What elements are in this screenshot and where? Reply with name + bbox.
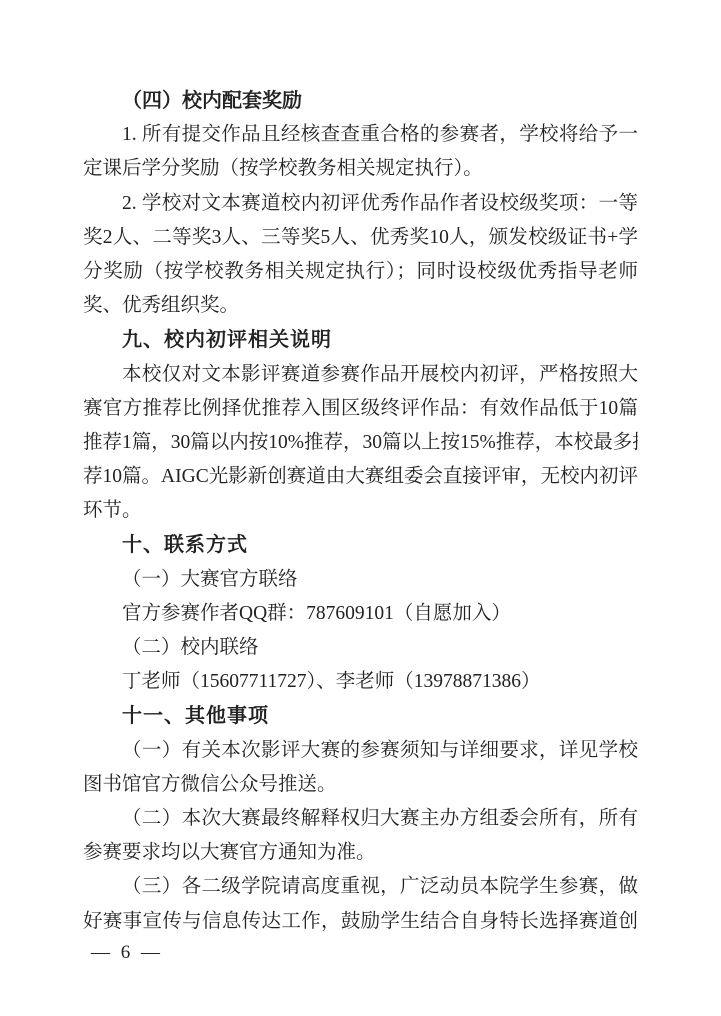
para-teacher-phones: 丁老师（15607711727）、李老师（13978871386） [83, 665, 638, 699]
para-reward-2-line-4: 奖、优秀组织奖。 [83, 289, 638, 323]
para-reward-1-line-2: 定课后学分奖励（按学校教务相关规定执行）。 [83, 152, 638, 186]
para-other-2-line-1: （二）本次大赛最终解释权归大赛主办方组委会所有，所有 [83, 802, 638, 836]
para-qq-group: 官方参赛作者QQ群：787609101（自愿加入） [83, 597, 638, 631]
para-preliminary-line-5: 环节。 [83, 494, 638, 528]
subheading-campus-rewards: （四）校内配套奖励 [83, 84, 638, 118]
heading-section-11-other: 十一、其他事项 [83, 699, 638, 733]
para-reward-1-line-1: 1. 所有提交作品且经核查查重合格的参赛者，学校将给予一 [83, 118, 638, 152]
heading-section-9-preliminary: 九、校内初评相关说明 [83, 323, 638, 357]
para-preliminary-line-4: 荐10篇。AIGC光影新创赛道由大赛组委会直接评审，无校内初评 [83, 460, 638, 494]
para-other-1-line-2: 图书馆官方微信公众号推送。 [83, 768, 638, 802]
para-reward-2-line-3: 分奖励（按学校教务相关规定执行）；同时设校级优秀指导老师 [83, 255, 638, 289]
subheading-campus-contact: （二）校内联络 [83, 631, 638, 665]
para-other-1-line-1: （一）有关本次影评大赛的参赛须知与详细要求，详见学校 [83, 734, 638, 768]
heading-section-10-contact: 十、联系方式 [83, 528, 638, 562]
para-reward-2-line-2: 奖2人、二等奖3人、三等奖5人、优秀奖10人，颁发校级证书+学 [83, 221, 638, 255]
para-reward-2-line-1: 2. 学校对文本赛道校内初评优秀作品作者设校级奖项：一等 [83, 187, 638, 221]
document-page: （四）校内配套奖励 1. 所有提交作品且经核查查重合格的参赛者，学校将给予一 定… [0, 0, 721, 1016]
para-other-3-line-1: （三）各二级学院请高度重视，广泛动员本院学生参赛，做 [83, 870, 638, 904]
para-preliminary-line-1: 本校仅对文本影评赛道参赛作品开展校内初评，严格按照大 [83, 358, 638, 392]
para-preliminary-line-3: 推荐1篇，30篇以内按10%推荐，30篇以上按15%推荐，本校最多推 [83, 426, 638, 460]
para-preliminary-line-2: 赛官方推荐比例择优推荐入围区级终评作品：有效作品低于10篇 [83, 392, 638, 426]
para-other-3-line-2: 好赛事宣传与信息传达工作，鼓励学生结合自身特长选择赛道创 [83, 905, 638, 939]
page-number: — 6 — [91, 942, 163, 964]
para-other-2-line-2: 参赛要求均以大赛官方通知为准。 [83, 836, 638, 870]
subheading-official-contact: （一）大赛官方联络 [83, 563, 638, 597]
document-body: （四）校内配套奖励 1. 所有提交作品且经核查查重合格的参赛者，学校将给予一 定… [83, 84, 638, 939]
